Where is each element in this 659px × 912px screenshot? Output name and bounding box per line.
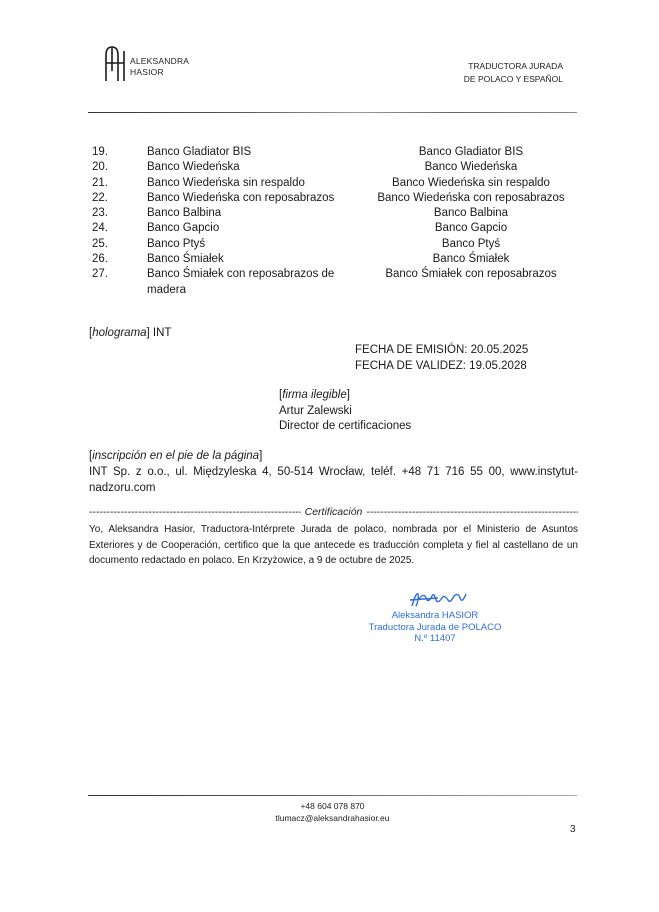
item-translated-name: Banco Gladiator BIS [354, 145, 588, 160]
item-translated-name: Banco Ptyś [354, 237, 588, 252]
logo-line-1: ALEKSANDRA [130, 56, 189, 67]
signature-note: [firma ilegible] [279, 388, 411, 404]
dates-block: FECHA DE EMISIÓN: 20.05.2025 FECHA DE VA… [355, 343, 528, 374]
item-polish-name: Banco Gapcio [147, 221, 347, 236]
list-item: 27.Banco Śmiałek con reposabrazos de mad… [92, 267, 582, 298]
header-divider [88, 112, 577, 113]
item-translated-name: Banco Śmiałek [354, 252, 588, 267]
signer-name: Artur Zalewski [279, 404, 411, 420]
list-item: 23.Banco BalbinaBanco Balbina [92, 206, 582, 221]
footer-contact: +48 604 078 870 tlumacz@aleksandrahasior… [88, 800, 577, 824]
item-polish-name: Banco Wiedeńska con reposabrazos [147, 191, 347, 206]
inscription-label: inscripción en el pie de la página [92, 450, 259, 462]
dash-line-left: ----------------------------------------… [89, 506, 301, 518]
hologram-suffix: ] INT [147, 327, 172, 339]
certification-body: Yo, Aleksandra Hasior, Traductora-Intérp… [89, 522, 578, 569]
item-polish-name: Banco Gladiator BIS [147, 145, 347, 160]
list-item: 25.Banco PtyśBanco Ptyś [92, 237, 582, 252]
item-translated-name: Banco Balbina [354, 206, 588, 221]
dash-line-right: ----------------------------------------… [366, 506, 578, 518]
item-translated-name: Banco Gapcio [354, 221, 588, 236]
header-title-line-1: TRADUCTORA JURADA [464, 60, 563, 73]
footer-divider [88, 795, 577, 796]
logo-text: ALEKSANDRA HASIOR [130, 56, 189, 78]
ah-monogram-icon [103, 45, 127, 83]
certification-separator: ----------------------------------------… [89, 506, 578, 518]
handwritten-signature-icon [408, 588, 468, 610]
bracket-close: ] [347, 389, 350, 401]
footer-phone: +48 604 078 870 [88, 800, 577, 812]
item-number: 23. [92, 206, 147, 221]
signer-title: Director de certificaciones [279, 419, 411, 435]
item-translated-name: Banco Wiedeńska con reposabrazos [354, 191, 588, 206]
validity-date: FECHA DE VALIDEZ: 19.05.2028 [355, 359, 528, 375]
translator-stamp: Aleksandra HASIOR Traductora Jurada de P… [340, 610, 530, 645]
signature-label: firma ilegible [282, 389, 347, 401]
inscription-address: INT Sp. z o.o., ul. Międzyleska 4, 50-51… [89, 464, 578, 480]
item-number: 20. [92, 160, 147, 175]
item-polish-name: Banco Wiedeńska [147, 160, 347, 175]
item-translated-name: Banco Śmiałek con reposabrazos [354, 267, 588, 282]
certification-title: Certificación [301, 506, 367, 518]
item-polish-name: Banco Ptyś [147, 237, 347, 252]
header-title: TRADUCTORA JURADA DE POLACO Y ESPAÑOL [464, 60, 563, 86]
issue-date: FECHA DE EMISIÓN: 20.05.2025 [355, 343, 528, 359]
item-translated-name: Banco Wiedeńska [354, 160, 588, 175]
stamp-title: Traductora Jurada de POLACO [340, 622, 530, 634]
list-item: 21.Banco Wiedeńska sin respaldoBanco Wie… [92, 176, 582, 191]
stamp-number: N.º 11407 [340, 633, 530, 645]
list-item: 24.Banco GapcioBanco Gapcio [92, 221, 582, 236]
item-number: 26. [92, 252, 147, 267]
item-number: 27. [92, 267, 147, 298]
list-item: 19.Banco Gladiator BISBanco Gladiator BI… [92, 145, 582, 160]
item-number: 22. [92, 191, 147, 206]
inscription-address-cont: nadzoru.com [89, 480, 578, 496]
item-polish-name: Banco Śmiałek con reposabrazos de madera [147, 267, 347, 298]
item-polish-name: Banco Balbina [147, 206, 347, 221]
item-translated-name: Banco Wiedeńska sin respaldo [354, 176, 588, 191]
signer-block: [firma ilegible] Artur Zalewski Director… [279, 388, 411, 435]
list-item: 20.Banco WiedeńskaBanco Wiedeńska [92, 160, 582, 175]
item-polish-name: Banco Śmiałek [147, 252, 347, 267]
item-number: 24. [92, 221, 147, 236]
inscription-block: [inscripción en el pie de la página] INT… [89, 448, 578, 496]
inscription-note: [inscripción en el pie de la página] [89, 448, 578, 464]
hologram-note: [holograma] INT [89, 327, 171, 339]
page-number: 3 [570, 824, 576, 835]
list-item: 26.Banco ŚmiałekBanco Śmiałek [92, 252, 582, 267]
item-number: 25. [92, 237, 147, 252]
list-item: 22.Banco Wiedeńska con reposabrazosBanco… [92, 191, 582, 206]
hologram-label: holograma [92, 327, 146, 339]
bracket-close: ] [259, 450, 262, 462]
footer-email: tlumacz@aleksandrahasior.eu [88, 812, 577, 824]
header-title-line-2: DE POLACO Y ESPAÑOL [464, 73, 563, 86]
item-polish-name: Banco Wiedeńska sin respaldo [147, 176, 347, 191]
item-number: 21. [92, 176, 147, 191]
item-list: 19.Banco Gladiator BISBanco Gladiator BI… [92, 145, 582, 298]
stamp-name: Aleksandra HASIOR [340, 610, 530, 622]
logo-line-2: HASIOR [130, 67, 189, 78]
item-number: 19. [92, 145, 147, 160]
